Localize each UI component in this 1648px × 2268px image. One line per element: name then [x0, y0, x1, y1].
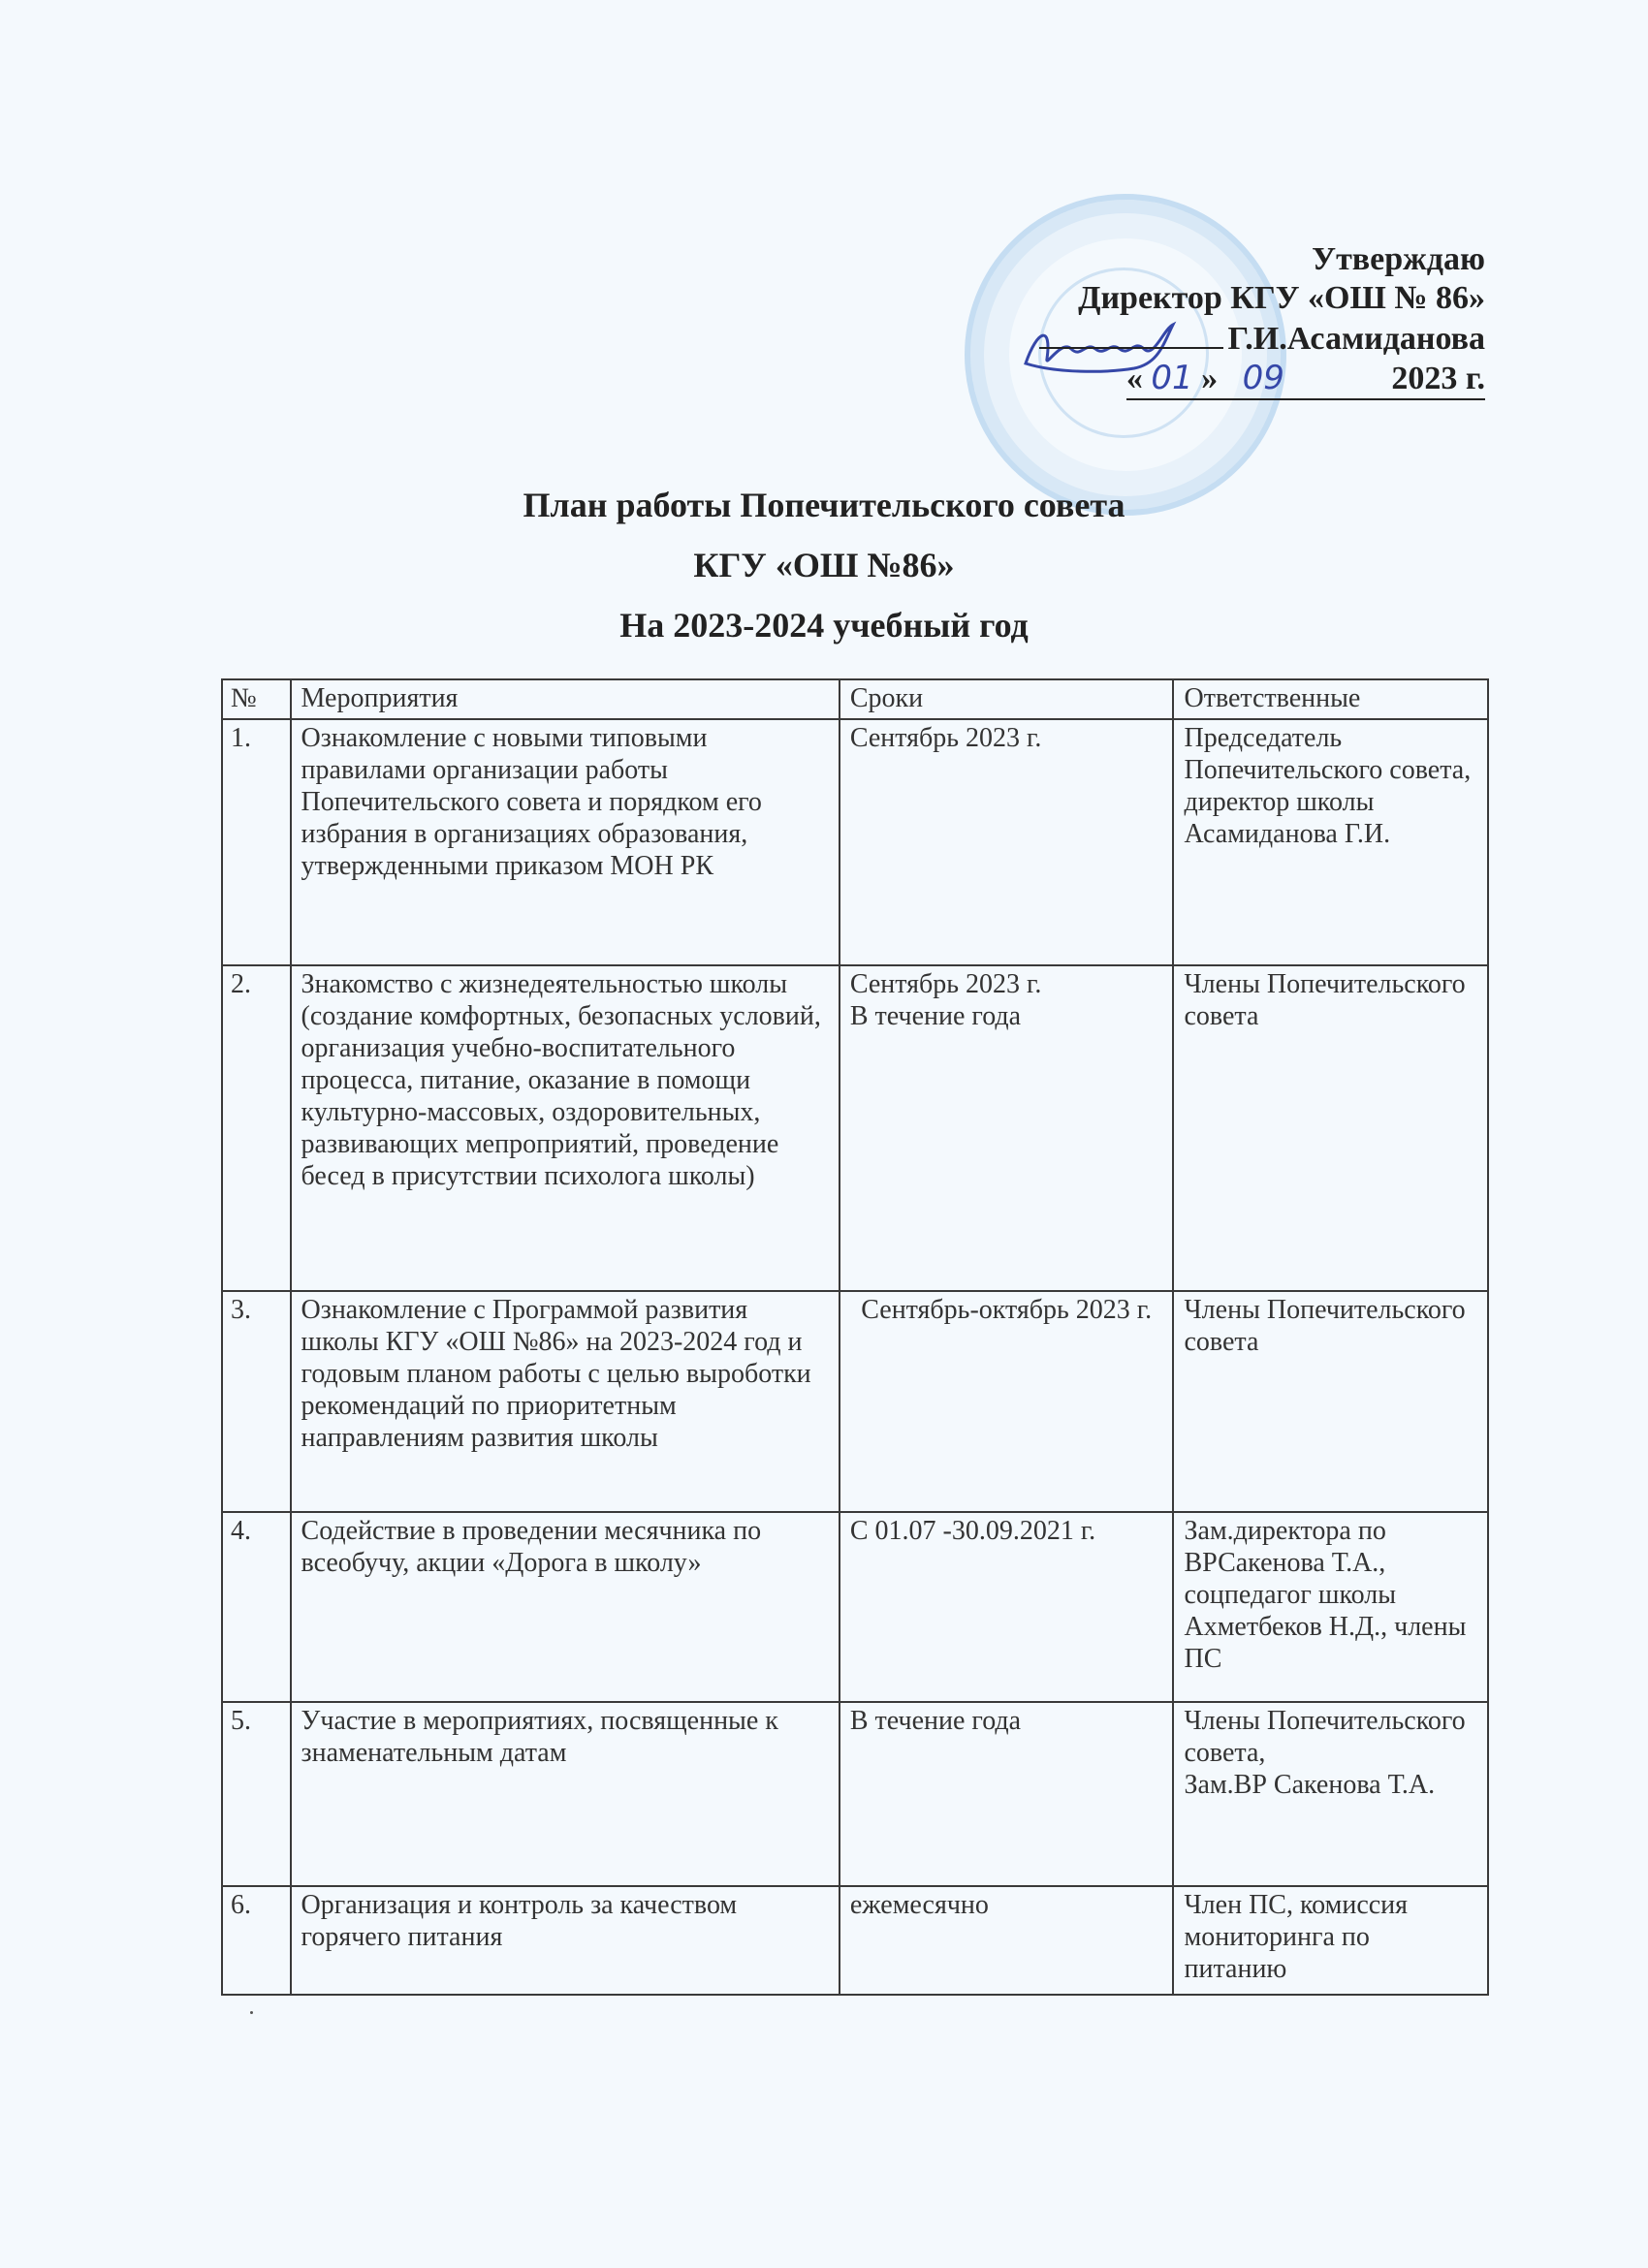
date-open-quote: «: [1126, 361, 1143, 396]
row-number: 3.: [222, 1291, 291, 1512]
row-term: С 01.07 -30.09.2021 г.: [840, 1512, 1174, 1702]
row-event: Знакомство с жизнедеятельностью школы (с…: [291, 965, 840, 1291]
date-month: 09: [1243, 359, 1284, 397]
row-term: Сентябрь-октябрь 2023 г.: [840, 1291, 1174, 1512]
signature-line: [1039, 318, 1223, 349]
row-event: Ознакомление с Программой развития школы…: [291, 1291, 840, 1512]
row-event: Организация и контроль за качеством горя…: [291, 1886, 840, 1995]
header-number: №: [222, 679, 291, 719]
table-row: 2. Знакомство с жизнедеятельностью школы…: [222, 965, 1488, 1291]
table-row: 5. Участие в мероприятиях, посвященные к…: [222, 1702, 1488, 1886]
header-terms: Сроки: [840, 679, 1174, 719]
row-term: В течение года: [840, 1702, 1174, 1886]
document-title: План работы Попечительского совета: [0, 475, 1648, 535]
document-title-block: План работы Попечительского совета КГУ «…: [0, 475, 1648, 655]
date-year: 2023 г.: [1391, 361, 1485, 396]
scan-speck: [250, 2011, 253, 2014]
row-number: 4.: [222, 1512, 291, 1702]
approval-signatory: Г.И.Асамиданова: [1039, 318, 1485, 359]
header-responsible: Ответственные: [1173, 679, 1488, 719]
row-number: 5.: [222, 1702, 291, 1886]
table-row: 1. Ознакомление с новыми типовыми правил…: [222, 719, 1488, 965]
table-row: 3. Ознакомление с Программой развития шк…: [222, 1291, 1488, 1512]
table-row: 6. Организация и контроль за качеством г…: [222, 1886, 1488, 1995]
table-header-row: № Мероприятия Сроки Ответственные: [222, 679, 1488, 719]
date-close-quote: »: [1201, 361, 1218, 396]
row-event: Содействие в проведении месячника по все…: [291, 1512, 840, 1702]
work-plan-table: № Мероприятия Сроки Ответственные 1. Озн…: [221, 678, 1489, 1996]
approval-date: « 01 » 09 2023 г.: [1039, 359, 1485, 400]
organization-name: КГУ «ОШ №86»: [0, 535, 1648, 595]
approval-position: Директор КГУ «ОШ № 86»: [1039, 279, 1485, 318]
row-responsible: Члены Попечительского совета: [1173, 1291, 1488, 1512]
row-responsible: Члены Попечительского совета: [1173, 965, 1488, 1291]
row-responsible: Зам.директора по ВРСакенова Т.А., соцпед…: [1173, 1512, 1488, 1702]
approval-block: Утверждаю Директор КГУ «ОШ № 86» Г.И.Аса…: [1039, 240, 1485, 400]
row-term: Сентябрь 2023 г.: [840, 719, 1174, 965]
academic-year: На 2023-2024 учебный год: [0, 595, 1648, 655]
row-responsible: Члены Попечительского совета, Зам.ВР Сак…: [1173, 1702, 1488, 1886]
row-number: 1.: [222, 719, 291, 965]
approval-heading: Утверждаю: [1039, 240, 1485, 279]
row-responsible: Член ПС, комиссия мониторинга по питанию: [1173, 1886, 1488, 1995]
row-number: 2.: [222, 965, 291, 1291]
date-day: 01: [1151, 359, 1192, 397]
row-term: ежемесячно: [840, 1886, 1174, 1995]
date-underline: « 01 » 09 2023 г.: [1126, 359, 1485, 400]
row-term: Сентябрь 2023 г. В течение года: [840, 965, 1174, 1291]
row-event: Ознакомление с новыми типовыми правилами…: [291, 719, 840, 965]
header-events: Мероприятия: [291, 679, 840, 719]
approval-name: Г.И.Асамиданова: [1227, 321, 1485, 357]
row-responsible: Председатель Попечительского совета, дир…: [1173, 719, 1488, 965]
table-row: 4. Содействие в проведении месячника по …: [222, 1512, 1488, 1702]
row-number: 6.: [222, 1886, 291, 1995]
row-event: Участие в мероприятиях, посвященные к зн…: [291, 1702, 840, 1886]
